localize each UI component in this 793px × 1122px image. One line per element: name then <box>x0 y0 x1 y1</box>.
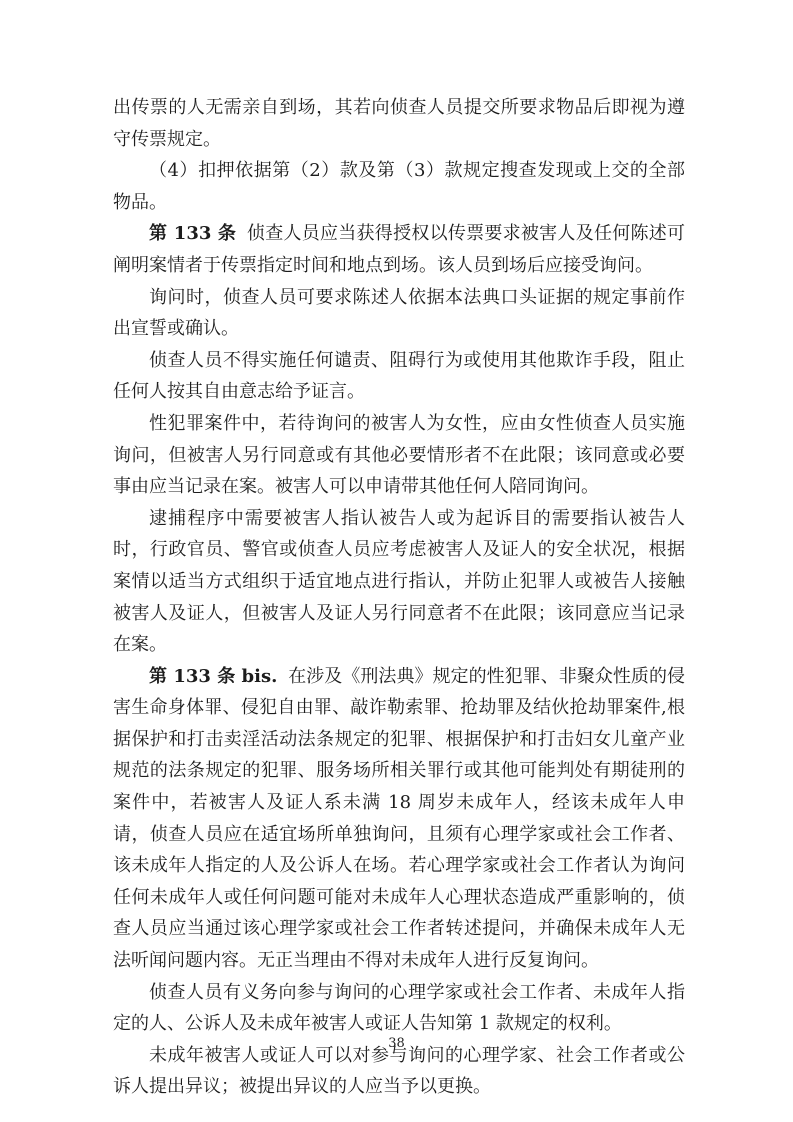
paragraph-text: 侦查人员有义务向参与询问的心理学家或社会工作者、未成年人指定的人、公诉人及未成年… <box>113 982 685 1035</box>
paragraph: 第 133 条侦查人员应当获得授权以传票要求被害人及任何陈述可阐明案情者于传票指… <box>113 218 685 281</box>
paragraph: 侦查人员有义务向参与询问的心理学家或社会工作者、未成年人指定的人、公诉人及未成年… <box>113 977 685 1040</box>
paragraph-text: 性犯罪案件中，若待询问的被害人为女性，应由女性侦查人员实施询问，但被害人另行同意… <box>113 413 685 497</box>
paragraph: （4）扣押依据第（2）款及第（3）款规定搜查发现或上交的全部物品。 <box>113 155 685 218</box>
paragraph-text: 逮捕程序中需要被害人指认被告人或为起诉目的需要指认被告人时，行政官员、警官或侦查… <box>113 508 685 655</box>
paragraph: 第 133 条 bis.在涉及《刑法典》规定的性犯罪、非聚众性质的侵害生命身体罪… <box>113 661 685 977</box>
paragraph-text: 出传票的人无需亲自到场，其若向侦查人员提交所要求物品后即视为遵守传票规定。 <box>113 97 685 150</box>
paragraph: 性犯罪案件中，若待询问的被害人为女性，应由女性侦查人员实施询问，但被害人另行同意… <box>113 408 685 503</box>
paragraph-text: （4）扣押依据第（2）款及第（3）款规定搜查发现或上交的全部物品。 <box>113 160 685 213</box>
article-number: 第 133 条 <box>149 223 236 244</box>
paragraph-text: 侦查人员不得实施任何谴责、阻碍行为或使用其他欺诈手段，阻止任何人按其自由意志给予… <box>113 350 685 403</box>
paragraph: 侦查人员不得实施任何谴责、阻碍行为或使用其他欺诈手段，阻止任何人按其自由意志给予… <box>113 345 685 408</box>
paragraph: 出传票的人无需亲自到场，其若向侦查人员提交所要求物品后即视为遵守传票规定。 <box>113 92 685 155</box>
paragraph: 询问时，侦查人员可要求陈述人依据本法典口头证据的规定事前作出宣誓或确认。 <box>113 282 685 345</box>
page-text: 出传票的人无需亲自到场，其若向侦查人员提交所要求物品后即视为遵守传票规定。 （4… <box>113 92 685 1103</box>
paragraph-text: 未成年被害人或证人可以对参与询问的心理学家、社会工作者或公诉人提出异议；被提出异… <box>113 1045 685 1098</box>
document-page: 出传票的人无需亲自到场，其若向侦查人员提交所要求物品后即视为遵守传票规定。 （4… <box>0 0 793 1122</box>
article-number: 第 133 条 bis. <box>149 666 277 687</box>
page-number: 38 <box>0 1036 793 1051</box>
paragraph-text: 询问时，侦查人员可要求陈述人依据本法典口头证据的规定事前作出宣誓或确认。 <box>113 287 685 340</box>
paragraph-text: 在涉及《刑法典》规定的性犯罪、非聚众性质的侵害生命身体罪、侵犯自由罪、敲诈勒索罪… <box>113 666 685 971</box>
paragraph: 逮捕程序中需要被害人指认被告人或为起诉目的需要指认被告人时，行政官员、警官或侦查… <box>113 503 685 661</box>
